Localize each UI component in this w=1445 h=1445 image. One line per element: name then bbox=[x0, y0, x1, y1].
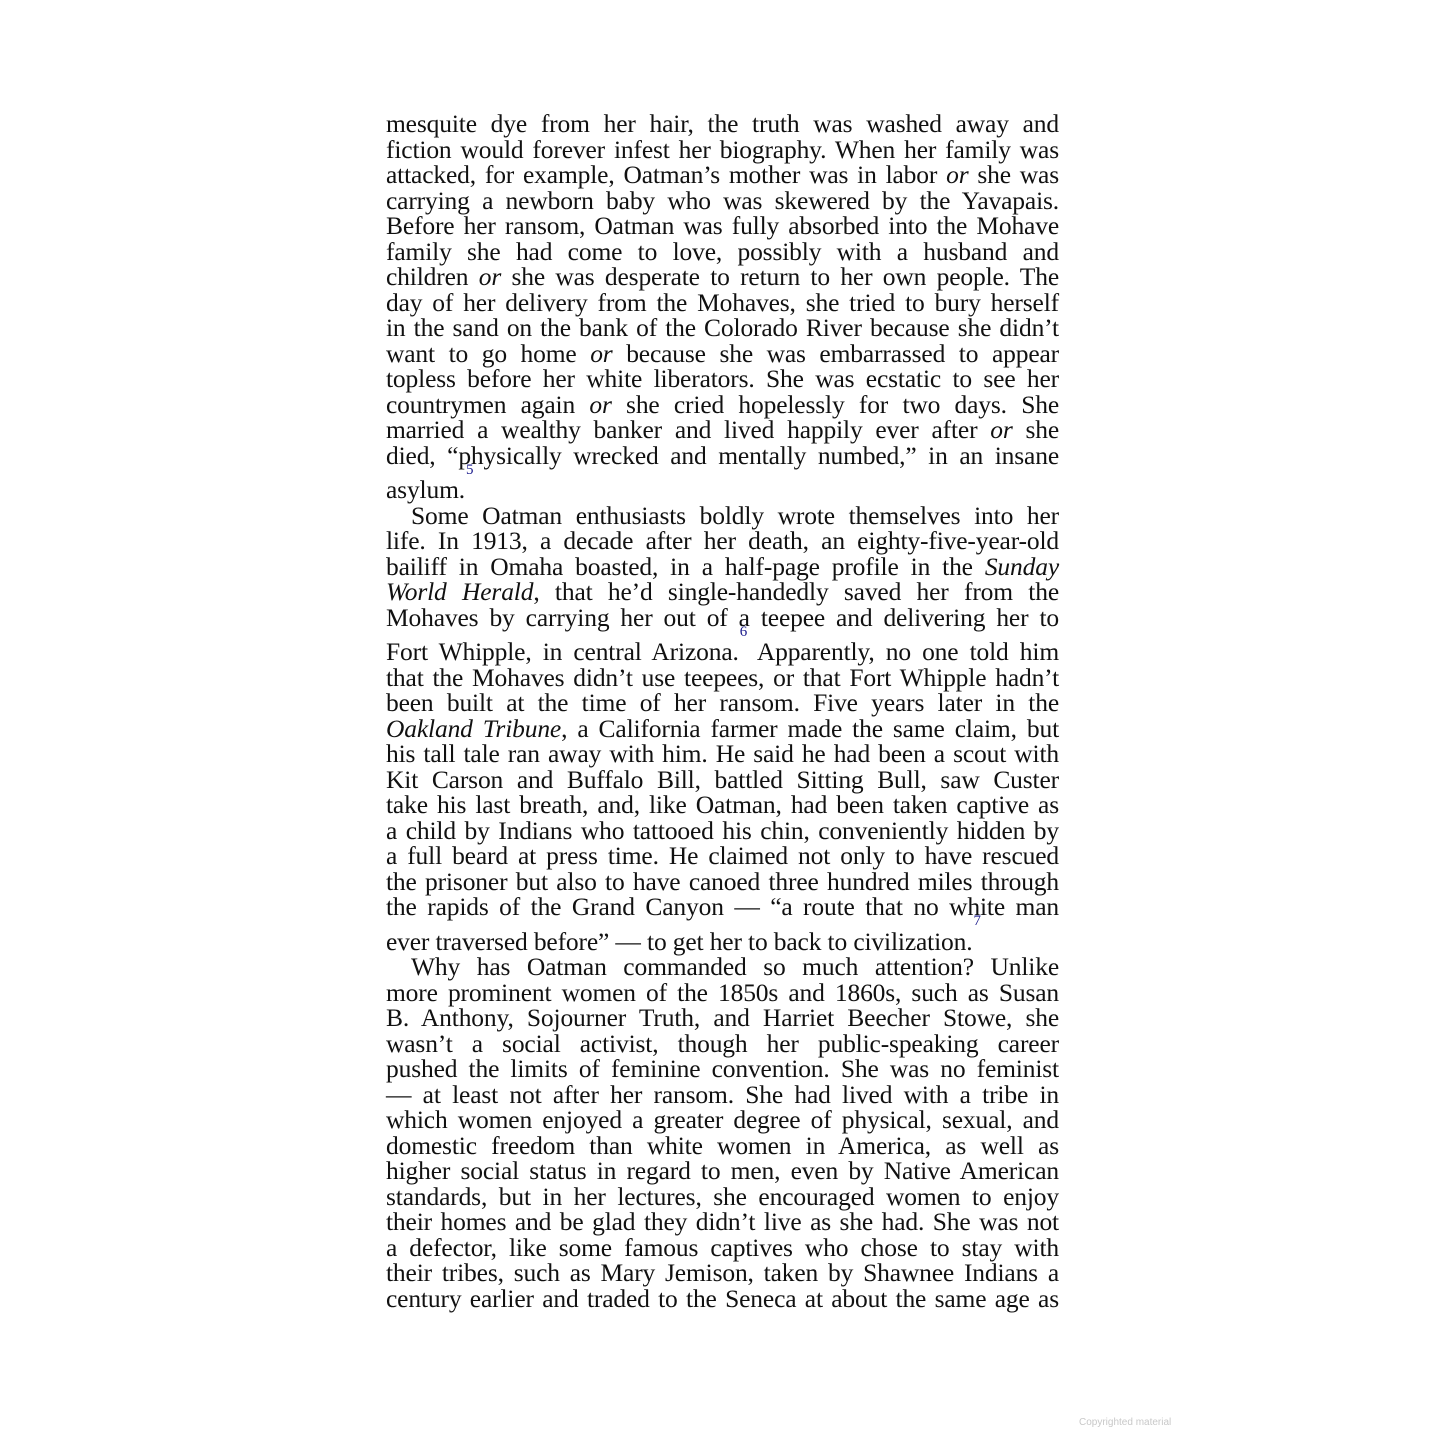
text-line: take his last breath, and, like Oatman, … bbox=[386, 792, 1059, 818]
text-line: died, “physically wrecked and mentally n… bbox=[386, 443, 1059, 469]
text-line: the rapids of the Grand Canyon — “a rout… bbox=[386, 894, 1059, 920]
text-run: Mohaves by carrying her out of a teepee … bbox=[386, 603, 1059, 632]
text-line: wasn’t a social activist, though her pub… bbox=[386, 1031, 1059, 1057]
text-line: — at least not after her ransom. She had… bbox=[386, 1082, 1059, 1108]
text-line: been built at the time of her ransom. Fi… bbox=[386, 690, 1059, 716]
text-line: pushed the limits of feminine convention… bbox=[386, 1056, 1059, 1082]
text-line: attacked, for example, Oatman’s mother w… bbox=[386, 162, 1059, 188]
footnote-link[interactable]: 6 bbox=[740, 624, 747, 640]
paragraph: Why has Oatman commanded so much attenti… bbox=[386, 954, 1059, 1311]
text-line: want to go home or because she was embar… bbox=[386, 341, 1059, 367]
text-line: B. Anthony, Sojourner Truth, and Harriet… bbox=[386, 1005, 1059, 1031]
book-page-body: mesquite dye from her hair, the truth wa… bbox=[386, 111, 1059, 1311]
footnote-link[interactable]: 5 bbox=[466, 462, 473, 478]
text-line: the prisoner but also to have canoed thr… bbox=[386, 869, 1059, 895]
text-line: family she had come to love, possibly wi… bbox=[386, 239, 1059, 265]
text-line: carrying a newborn baby who was skewered… bbox=[386, 188, 1059, 214]
text-line: countrymen again or she cried hopelessly… bbox=[386, 392, 1059, 418]
text-line: Why has Oatman commanded so much attenti… bbox=[386, 954, 1059, 980]
text-run: died, “physically wrecked and mentally n… bbox=[386, 441, 1059, 470]
text-line: day of her delivery from the Mohaves, sh… bbox=[386, 290, 1059, 316]
text-line: ever traversed before” — to get her to b… bbox=[386, 920, 1059, 955]
text-line: Mohaves by carrying her out of a teepee … bbox=[386, 605, 1059, 631]
text-line: topless before her white liberators. She… bbox=[386, 366, 1059, 392]
text-line: their homes and be glad they didn’t live… bbox=[386, 1209, 1059, 1235]
text-line: children or she was desperate to return … bbox=[386, 264, 1059, 290]
text-line: fiction would forever infest her biograp… bbox=[386, 137, 1059, 163]
text-run: century earlier and traded to the Seneca… bbox=[386, 1284, 1059, 1313]
text-line: standards, but in her lectures, she enco… bbox=[386, 1184, 1059, 1210]
footnote-link[interactable]: 7 bbox=[973, 913, 980, 929]
text-line: Fort Whipple, in central Arizona.6 Appar… bbox=[386, 630, 1059, 665]
text-line: their tribes, such as Mary Jemison, take… bbox=[386, 1260, 1059, 1286]
text-line: Kit Carson and Buffalo Bill, battled Sit… bbox=[386, 767, 1059, 793]
text-line: his tall tale ran away with him. He said… bbox=[386, 741, 1059, 767]
text-line: Some Oatman enthusiasts boldly wrote the… bbox=[386, 503, 1059, 529]
text-line: Before her ransom, Oatman was fully abso… bbox=[386, 213, 1059, 239]
text-line: higher social status in regard to men, e… bbox=[386, 1158, 1059, 1184]
text-line: life. In 1913, a decade after her death,… bbox=[386, 528, 1059, 554]
paragraph: mesquite dye from her hair, the truth wa… bbox=[386, 111, 1059, 503]
text-line: more prominent women of the 1850s and 18… bbox=[386, 980, 1059, 1006]
copyright-notice: Copyrighted material bbox=[1079, 1417, 1171, 1428]
text-line: a child by Indians who tattooed his chin… bbox=[386, 818, 1059, 844]
text-line: World Herald, that he’d single-handedly … bbox=[386, 579, 1059, 605]
text-line: that the Mohaves didn’t use teepees, or … bbox=[386, 665, 1059, 691]
paragraph: Some Oatman enthusiasts boldly wrote the… bbox=[386, 503, 1059, 955]
text-line: Oakland Tribune, a California farmer mad… bbox=[386, 716, 1059, 742]
text-line: mesquite dye from her hair, the truth wa… bbox=[386, 111, 1059, 137]
text-line: a full beard at press time. He claimed n… bbox=[386, 843, 1059, 869]
text-line: asylum.5 bbox=[386, 468, 1059, 503]
text-line: century earlier and traded to the Seneca… bbox=[386, 1286, 1059, 1312]
text-line: bailiff in Omaha boasted, in a half-page… bbox=[386, 554, 1059, 580]
text-line: a defector, like some famous captives wh… bbox=[386, 1235, 1059, 1261]
text-line: which women enjoyed a greater degree of … bbox=[386, 1107, 1059, 1133]
text-line: in the sand on the bank of the Colorado … bbox=[386, 315, 1059, 341]
text-run: the rapids of the Grand Canyon — “a rout… bbox=[386, 892, 1059, 921]
text-line: domestic freedom than white women in Ame… bbox=[386, 1133, 1059, 1159]
text-line: married a wealthy banker and lived happi… bbox=[386, 417, 1059, 443]
